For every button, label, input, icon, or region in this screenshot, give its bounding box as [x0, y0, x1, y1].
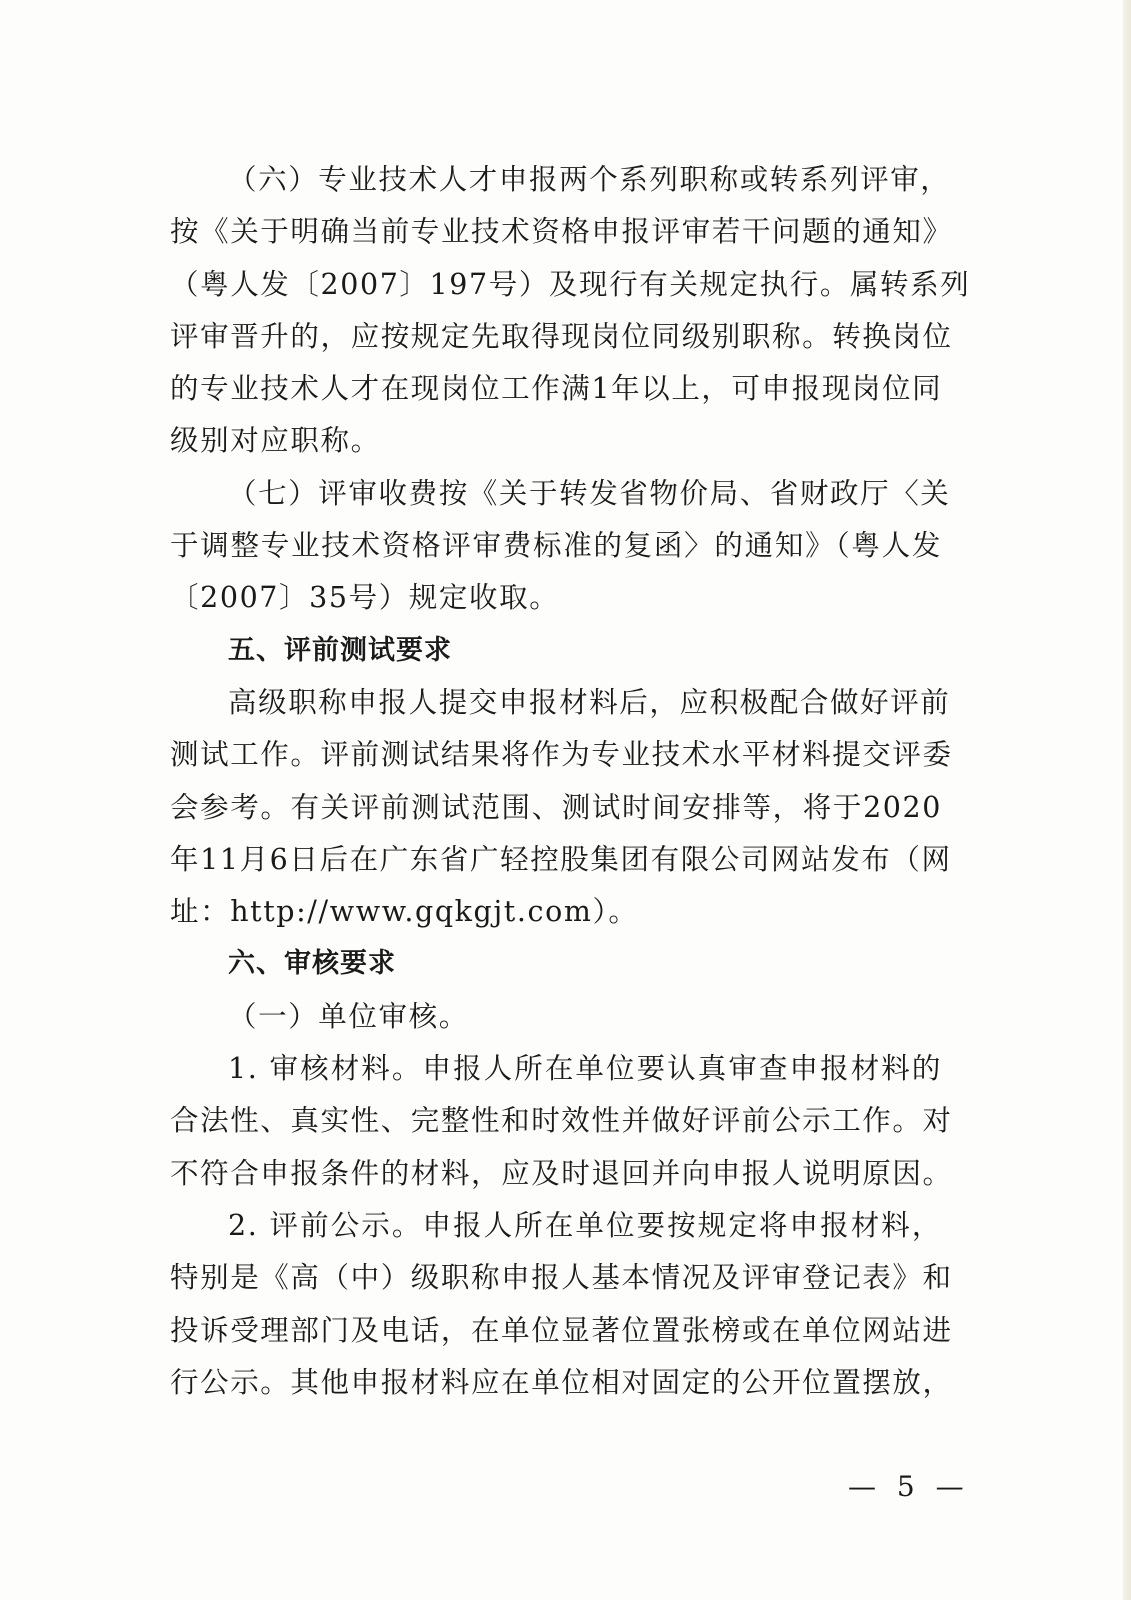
scan-edge-shadow: [1123, 0, 1131, 1600]
paragraph-line: 年11月6日后在广东省广轻控股集团有限公司网站发布（网: [170, 834, 942, 886]
paragraph-line: 〔2007〕35号）规定收取。: [170, 572, 942, 624]
section-heading-5: 五、评前测试要求: [170, 625, 942, 677]
paragraph-line: 行公示。其他申报材料应在单位相对固定的公开位置摆放，: [170, 1357, 942, 1409]
paragraph-line: 测试工作。评前测试结果将作为专业技术水平材料提交评委: [170, 729, 942, 781]
paragraph-line: 的专业技术人才在现岗位工作满1年以上，可申报现岗位同: [170, 363, 942, 415]
paragraph-line: 投诉受理部门及电话，在单位显著位置张榜或在单位网站进: [170, 1305, 942, 1357]
paragraph-line: 级别对应职称。: [170, 415, 942, 467]
paragraph-line: 合法性、真实性、完整性和时效性并做好评前公示工作。对: [170, 1095, 942, 1147]
paragraph-line: 特别是《高（中）级职称申报人基本情况及评审登记表》和: [170, 1252, 942, 1304]
paragraph-line: 评审晋升的，应按规定先取得现岗位同级别职称。转换岗位: [170, 311, 942, 363]
paragraph-line: （粤人发〔2007〕197号）及现行有关规定执行。属转系列: [170, 259, 942, 311]
paragraph-line-url: 址：http://www.gqkgjt.com）。: [170, 886, 942, 938]
paragraph-line: 高级职称申报人提交申报材料后，应积极配合做好评前: [170, 677, 942, 729]
paragraph-line: 会参考。有关评前测试范围、测试时间安排等，将于2020: [170, 782, 942, 834]
paragraph-line: （六）专业技术人才申报两个系列职称或转系列评审，: [170, 154, 942, 206]
paragraph-line: （七）评审收费按《关于转发省物价局、省财政厅〈关: [170, 468, 942, 520]
page-number: — 5 —: [848, 1470, 970, 1503]
document-body: （六）专业技术人才申报两个系列职称或转系列评审， 按《关于明确当前专业技术资格申…: [170, 154, 942, 1409]
paragraph-line: 1. 审核材料。申报人所在单位要认真审查申报材料的: [170, 1043, 942, 1095]
paragraph-line: 按《关于明确当前专业技术资格申报评审若干问题的通知》: [170, 206, 942, 258]
paragraph-line: 2. 评前公示。申报人所在单位要按规定将申报材料，: [170, 1200, 942, 1252]
section-heading-6: 六、审核要求: [170, 938, 942, 990]
paragraph-line: 于调整专业技术资格评审费标准的复函〉的通知》（粤人发: [170, 520, 942, 572]
subsection-heading: （一）单位审核。: [170, 991, 942, 1043]
paragraph-line: 不符合申报条件的材料，应及时退回并向申报人说明原因。: [170, 1148, 942, 1200]
